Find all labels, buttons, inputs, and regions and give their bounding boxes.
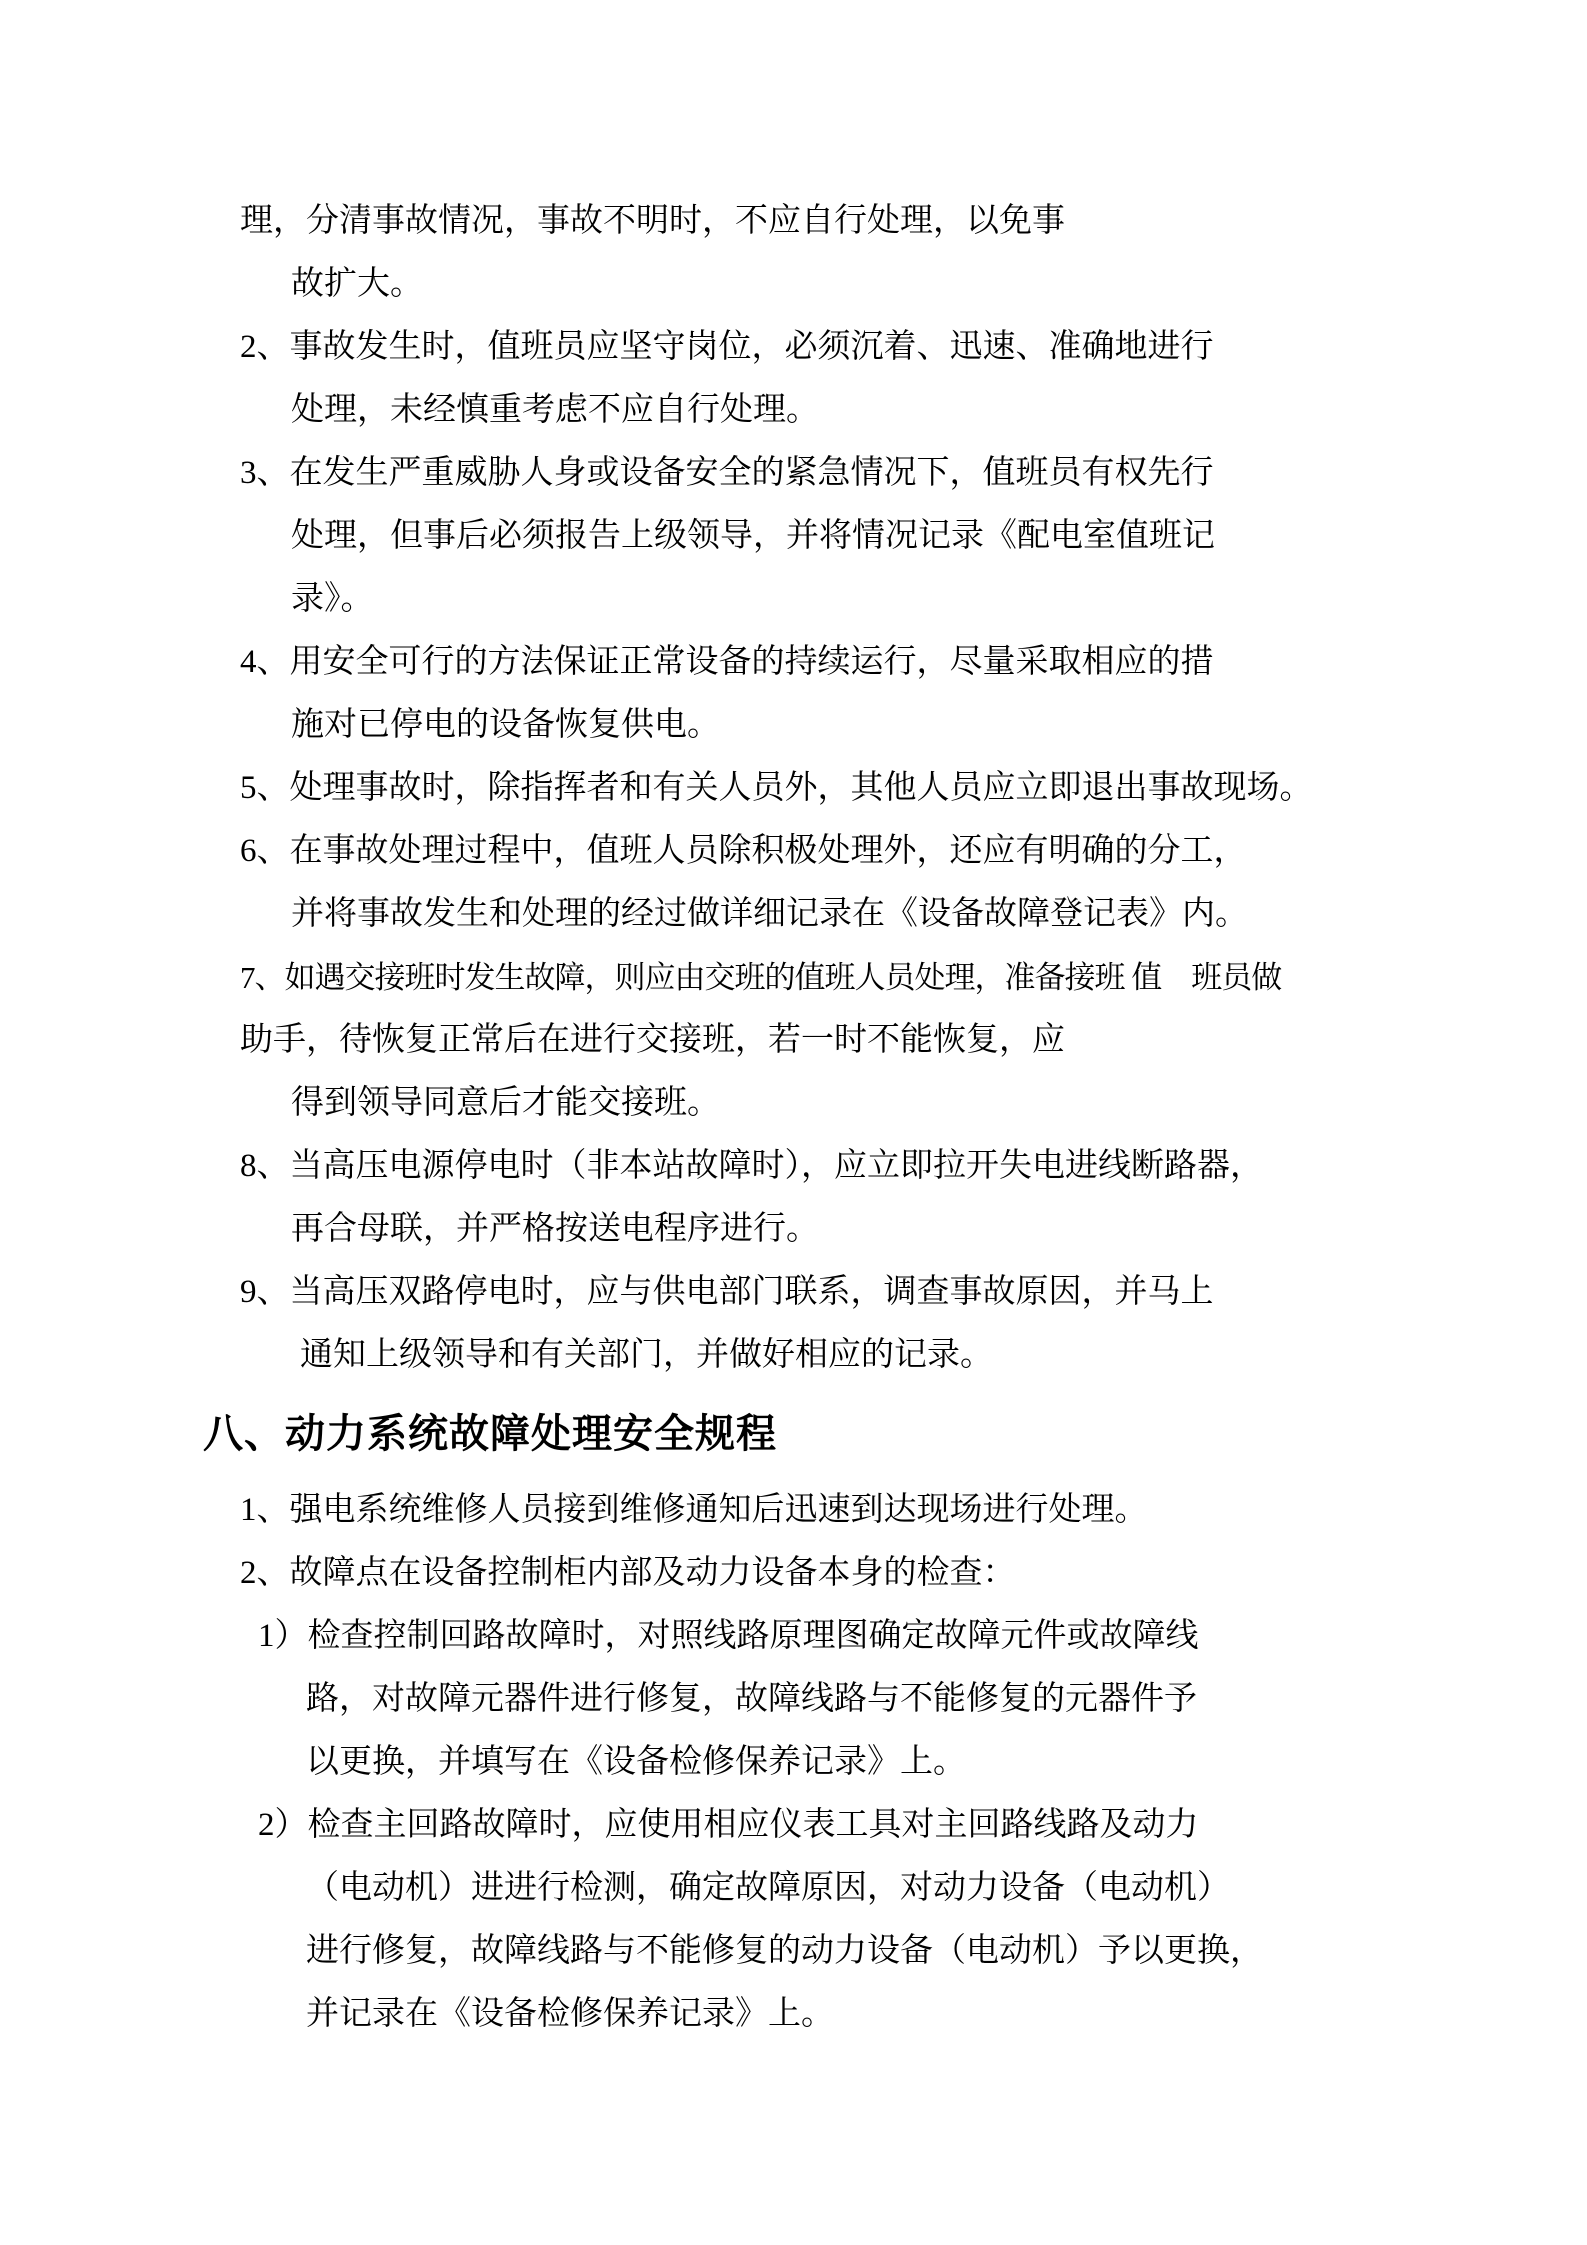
list-item-line: 7、如遇交接班时发生故障，则应由交班的值班人员处理，准备接班 值 班员做 (0, 946, 1587, 1009)
continuation-line: 故扩大。 (0, 253, 1587, 316)
list-item-line: 理，分清事故情况，事故不明时，不应自行处理，以免事 (0, 190, 1587, 253)
list-item-line: 1）检查控制回路故障时，对照线路原理图确定故障元件或故障线 (0, 1605, 1587, 1668)
continuation-line: （电动机）进进行检测，确定故障原因，对动力设备（电动机） (0, 1857, 1587, 1920)
continuation-line: 再合母联，并严格按送电程序进行。 (0, 1198, 1587, 1261)
continuation-line: 以更换，并填写在《设备检修保养记录》上。 (0, 1731, 1587, 1794)
continuation-line: 施对已停电的设备恢复供电。 (0, 694, 1587, 757)
list-item-line: 2、故障点在设备控制柜内部及动力设备本身的检查： (0, 1542, 1587, 1605)
continuation-line: 进行修复，故障线路与不能修复的动力设备（电动机）予以更换， (0, 1920, 1587, 1983)
continuation-line: 并记录在《设备检修保养记录》上。 (0, 1983, 1587, 2046)
section-heading: 八、动力系统故障处理安全规程 (0, 1397, 1587, 1471)
list-item-line: 助手，待恢复正常后在进行交接班，若一时不能恢复，应 (0, 1009, 1587, 1072)
continuation-line: 路，对故障元器件进行修复，故障线路与不能修复的元器件予 (0, 1668, 1587, 1731)
list-item-line: 2、事故发生时，值班员应坚守岗位，必须沉着、迅速、准确地进行 (0, 316, 1587, 379)
list-item-line: 5、处理事故时，除指挥者和有关人员外，其他人员应立即退出事故现场。 (0, 757, 1587, 820)
list-item-line: 8、当高压电源停电时（非本站故障时），应立即拉开失电进线断路器， (0, 1135, 1587, 1198)
continuation-line: 处理，但事后必须报告上级领导，并将情况记录《配电室值班记 (0, 505, 1587, 568)
list-item-line: 2）检查主回路故障时，应使用相应仪表工具对主回路线路及动力 (0, 1794, 1587, 1857)
document-page: 理，分清事故情况，事故不明时，不应自行处理，以免事故扩大。2、事故发生时，值班员… (0, 0, 1587, 2245)
list-item-line: 6、在事故处理过程中，值班人员除积极处理外，还应有明确的分工， (0, 820, 1587, 883)
document-body: 理，分清事故情况，事故不明时，不应自行处理，以免事故扩大。2、事故发生时，值班员… (0, 190, 1587, 2046)
list-item-line: 4、用安全可行的方法保证正常设备的持续运行，尽量采取相应的措 (0, 631, 1587, 694)
list-item-line: 1、强电系统维修人员接到维修通知后迅速到达现场进行处理。 (0, 1479, 1587, 1542)
continuation-line: 并将事故发生和处理的经过做详细记录在《设备故障登记表》内。 (0, 883, 1587, 946)
continuation-line: 得到领导同意后才能交接班。 (0, 1072, 1587, 1135)
continuation-line: 处理，未经慎重考虑不应自行处理。 (0, 379, 1587, 442)
list-item-line: 3、在发生严重威胁人身或设备安全的紧急情况下，值班员有权先行 (0, 442, 1587, 505)
list-item-line: 9、当高压双路停电时，应与供电部门联系，调查事故原因，并马上 (0, 1261, 1587, 1324)
continuation-line: 通知上级领导和有关部门，并做好相应的记录。 (0, 1324, 1587, 1387)
continuation-line: 录》。 (0, 568, 1587, 631)
